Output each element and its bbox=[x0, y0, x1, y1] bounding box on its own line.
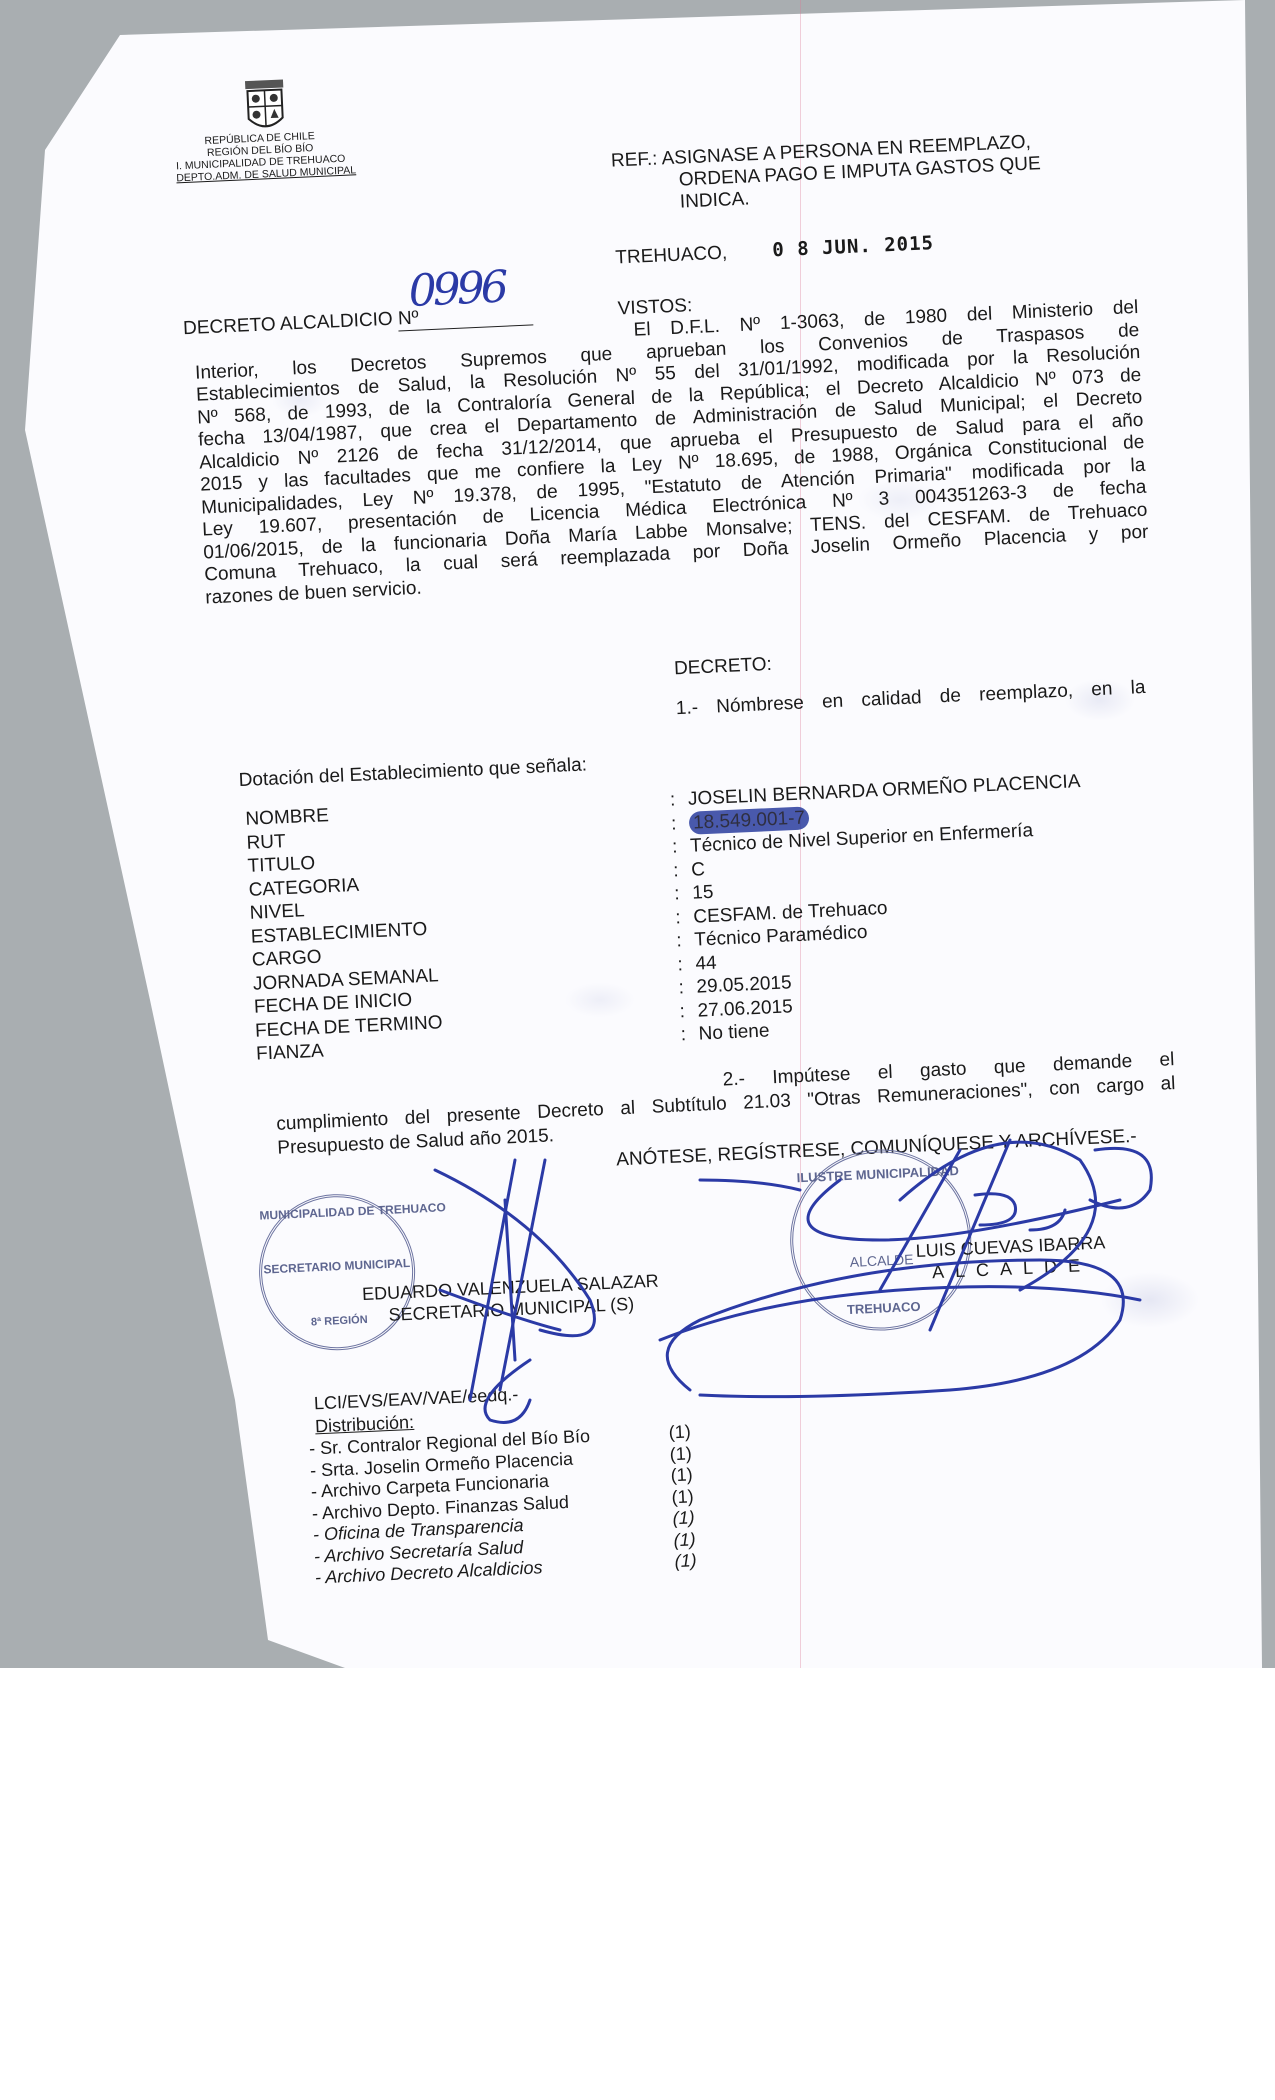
place-date: TREHUACO, 0 8 JUN. 2015 bbox=[615, 232, 935, 269]
field-value: 27.06.2015 bbox=[697, 995, 793, 1023]
signer-mayor: LUIS CUEVAS IBARRA ALCALDE bbox=[915, 1231, 1107, 1284]
municipal-coat-of-arms-icon bbox=[239, 77, 292, 137]
item-1-text: 1.- Nómbrese en calidad de reemplazo, en… bbox=[675, 677, 1146, 720]
distribution-list: - Sr. Contralor Regional del Bío Bío(1) … bbox=[309, 1421, 697, 1589]
document-content: REPÚBLICA DE CHILE REGIÓN DEL BÍO BÍO I.… bbox=[0, 0, 1275, 1696]
place: TREHUACO, bbox=[615, 242, 728, 268]
municipal-seal-icon: MUNICIPALIDAD DE TREHUACO SECRETARIO MUN… bbox=[256, 1191, 419, 1354]
letterhead: REPÚBLICA DE CHILE REGIÓN DEL BÍO BÍO I.… bbox=[174, 129, 346, 185]
vistos-paragraph: El D.F.L. Nº 1-3063, de 1980 del Ministe… bbox=[194, 297, 1150, 610]
field-value: 15 bbox=[692, 881, 714, 905]
initials: LCI/EVS/EAV/VAE/eedq.- bbox=[314, 1384, 519, 1414]
appointment-fields: NOMBRE : JOSELIN BERNARDA ORMEÑO PLACENC… bbox=[245, 770, 1092, 1066]
reference-block: REF.: ASIGNASE A PERSONA EN REEMPLAZO, O… bbox=[611, 131, 1043, 216]
date-stamp: 0 8 JUN. 2015 bbox=[772, 232, 935, 261]
handwritten-decree-number: 0996 bbox=[408, 262, 506, 317]
decreto-label: DECRETO: bbox=[674, 654, 773, 680]
field-value: 44 bbox=[695, 951, 717, 975]
item-1-continuation: Dotación del Establecimiento que señala: bbox=[238, 754, 587, 792]
field-value: C bbox=[691, 858, 706, 882]
field-value: No tiene bbox=[698, 1019, 770, 1046]
